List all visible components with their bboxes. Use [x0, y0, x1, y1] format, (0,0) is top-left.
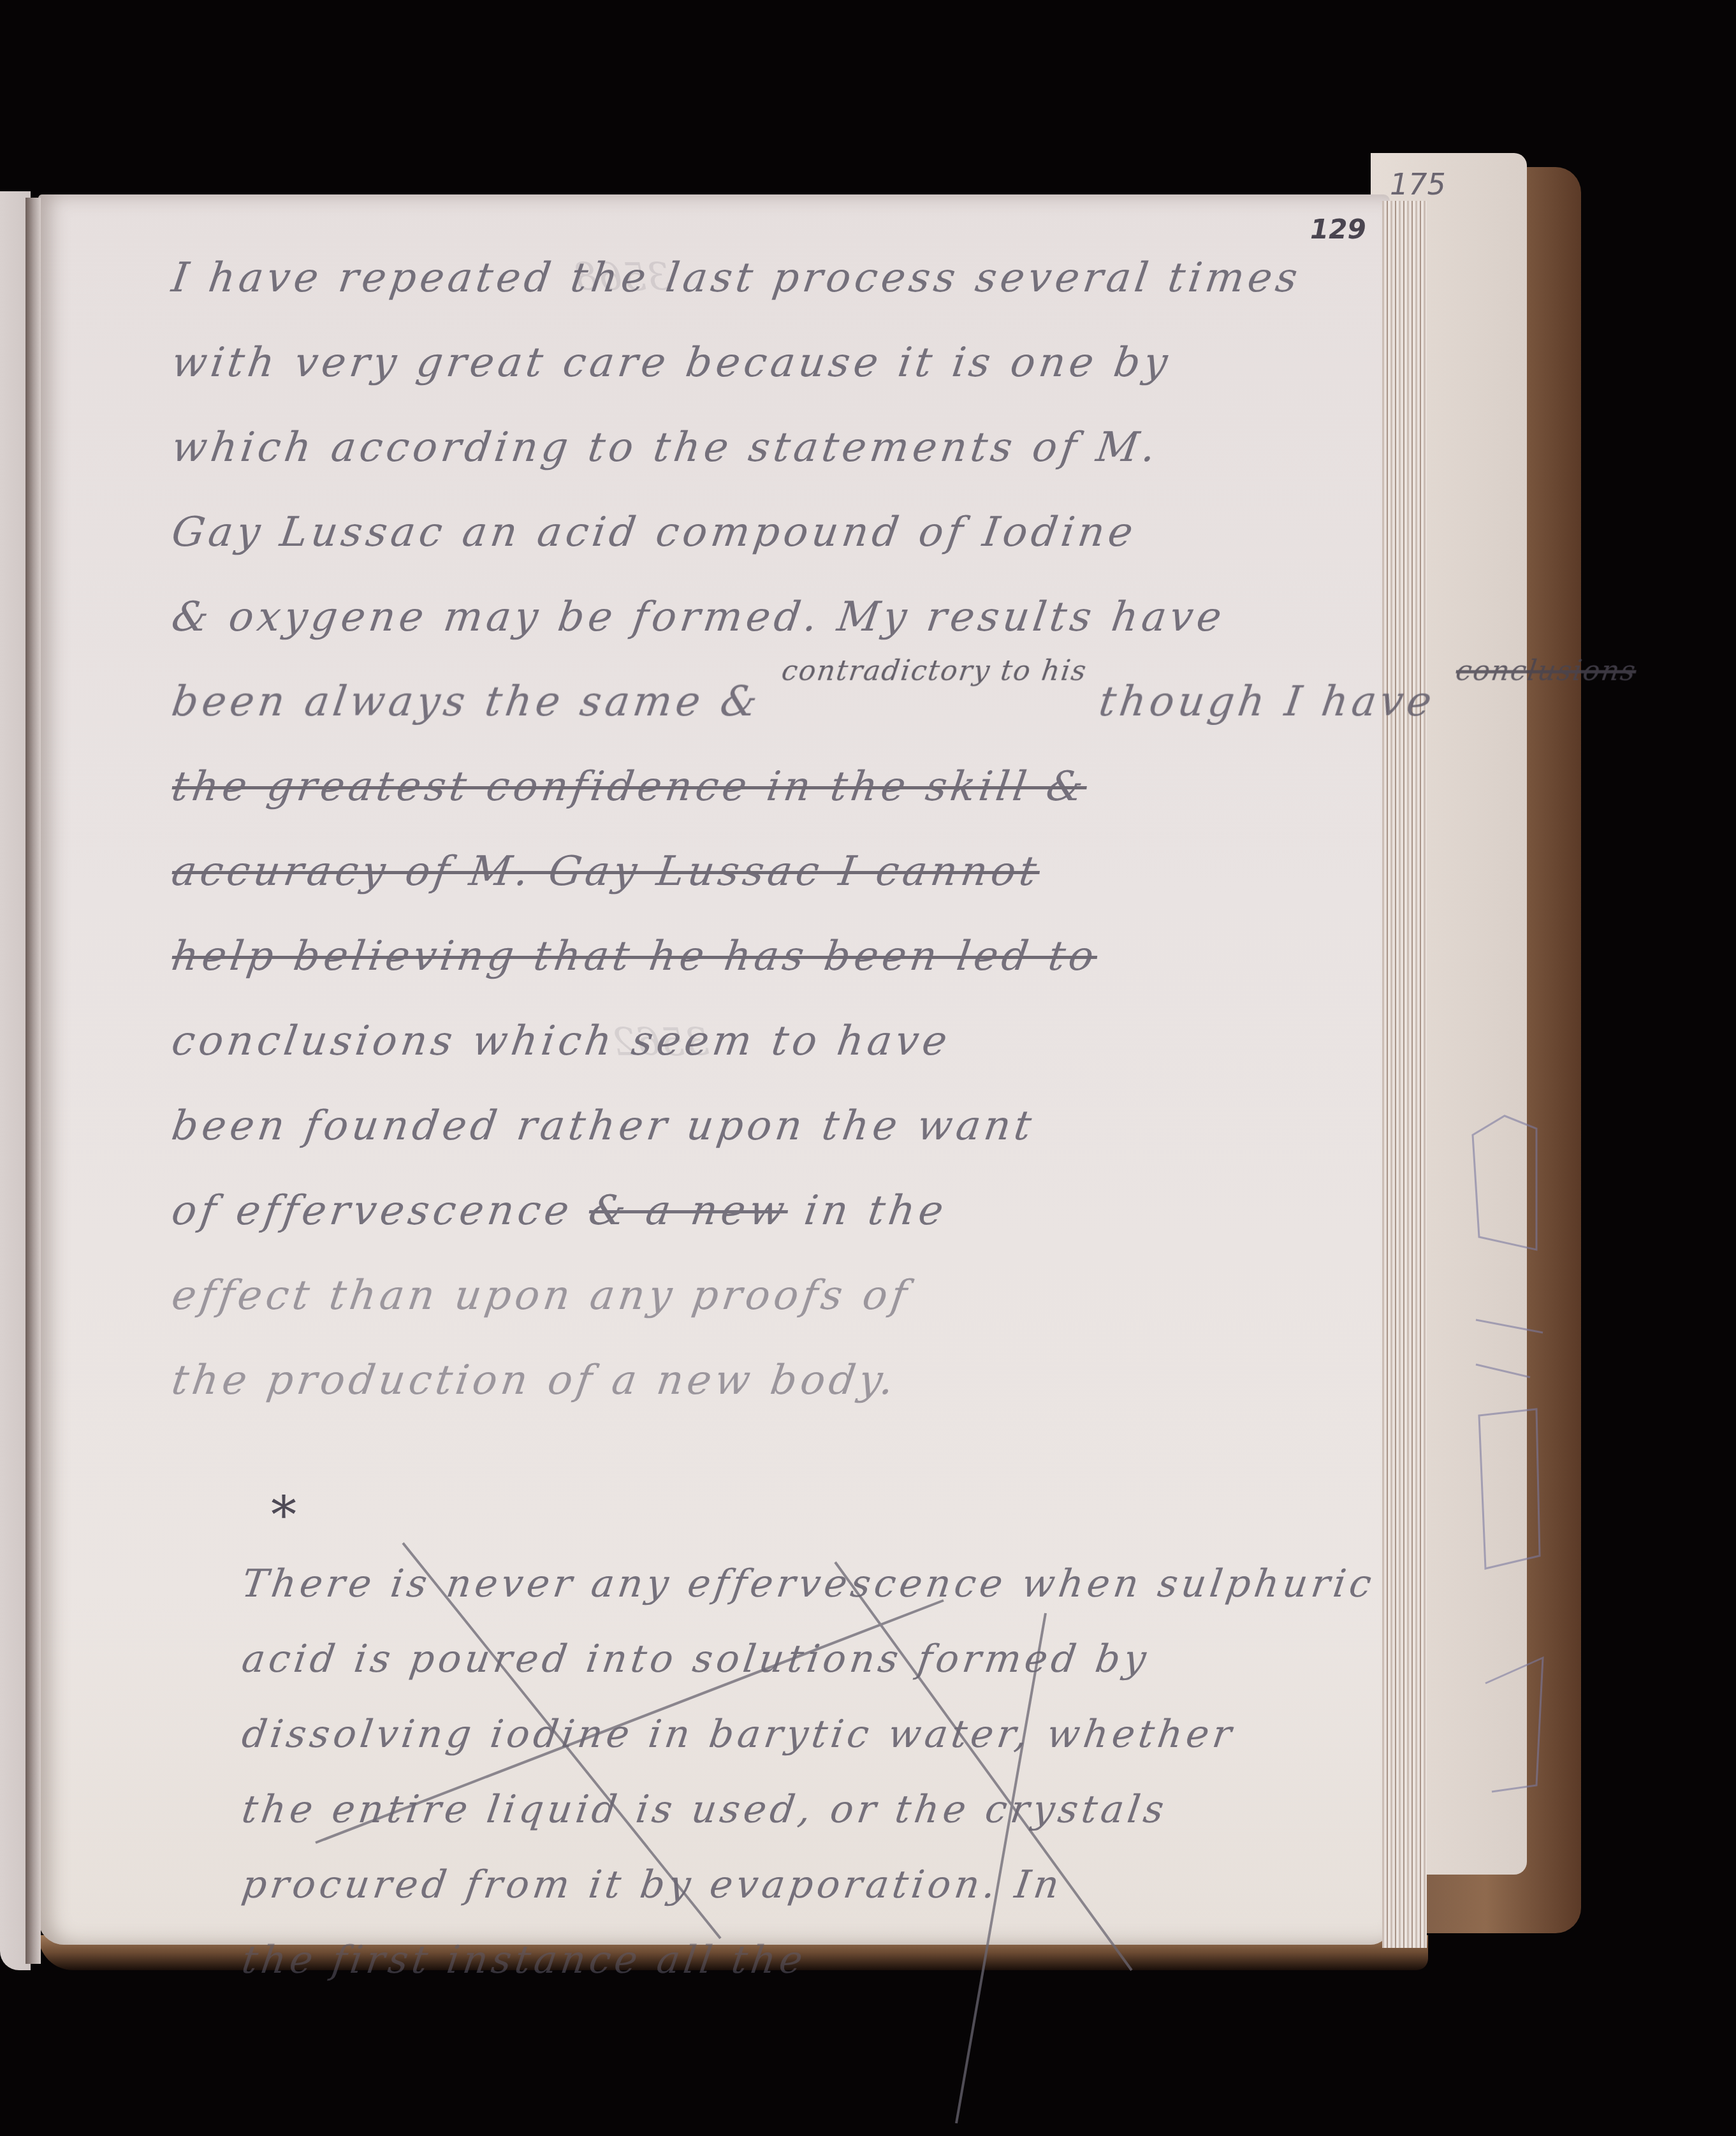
text-segment: been always the same &	[169, 678, 764, 726]
footnote-line: acid is poured into solutions formed by	[237, 1621, 1408, 1697]
footnote-line: There is never any effervescence when su…	[237, 1546, 1408, 1621]
text-line: conclusions which seem to have	[166, 999, 1390, 1084]
struck-text-line: help believing that he has been led to	[166, 914, 1390, 999]
text-line-with-insertion: been always the same & contradictory to …	[166, 660, 1390, 745]
struck-text-line: accuracy of M. Gay Lussac I cannot	[166, 830, 1390, 914]
footnote-line: the first instance all the	[237, 1922, 1408, 1998]
text-line: I have repeated the last process several…	[166, 236, 1390, 321]
struck-fragment: & a new	[586, 1187, 791, 1234]
struck-word: conclusions	[1454, 655, 1638, 687]
folio-number-old: 175	[1390, 167, 1446, 201]
text-segment: of effervescence	[169, 1187, 576, 1234]
text-segment: though I have	[1096, 678, 1438, 726]
book-gutter	[26, 198, 41, 1964]
margin-pencil-sketch	[1466, 1109, 1549, 1798]
text-line: with very great care because it is one b…	[166, 321, 1390, 406]
interlinear-insertion: contradictory to his	[780, 655, 1090, 687]
footnote-marker: *	[271, 1486, 296, 1545]
footnote-line: procured from it by evaporation. In	[237, 1847, 1408, 1922]
text-line: & oxygene may be formed. My results have	[166, 575, 1390, 660]
struck-text-line: the greatest confidence in the skill &	[166, 745, 1390, 830]
text-line: Gay Lussac an acid compound of Iodine	[166, 490, 1390, 575]
footnote-paragraph: There is never any effervescence when su…	[242, 1546, 1403, 1998]
text-line: been founded rather upon the want	[166, 1084, 1390, 1169]
footnote-line: dissolving iodine in barytic water, whet…	[237, 1697, 1408, 1772]
main-paragraph: I have repeated the last process several…	[172, 236, 1383, 1423]
text-segment: in the	[801, 1187, 950, 1234]
text-line-with-deletion: of effervescence & a new in the	[166, 1169, 1390, 1254]
text-line: the production of a new body.	[166, 1338, 1390, 1423]
text-line: which according to the statements of M.	[166, 406, 1390, 490]
footnote-line: the entire liquid is used, or the crysta…	[237, 1772, 1408, 1847]
text-line: effect than upon any proofs of	[166, 1254, 1390, 1338]
